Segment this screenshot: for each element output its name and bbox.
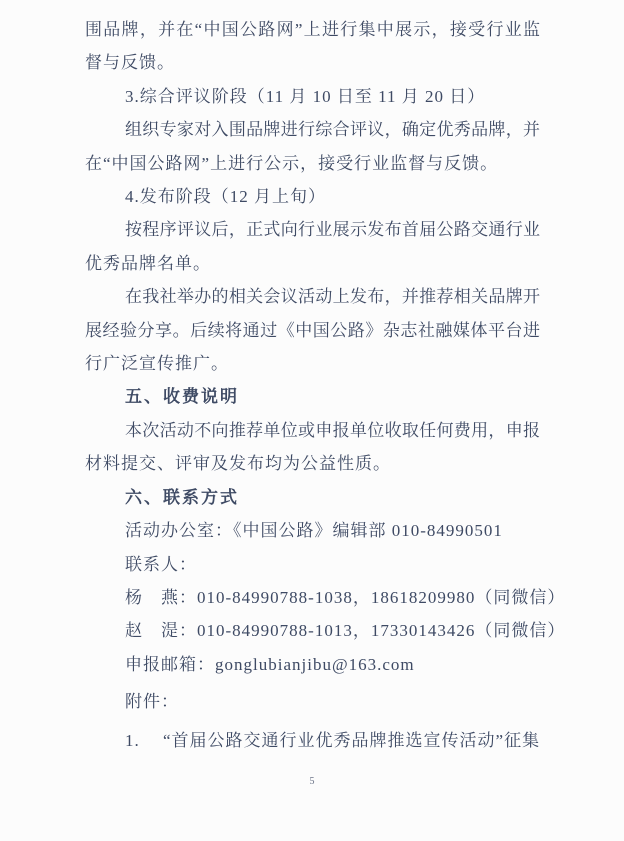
attachment-item-1: 1. “首届公路交通行业优秀品牌推选宣传活动”征集	[85, 724, 540, 757]
body-line: 围品牌，并在“中国公路网”上进行集中展示，接受行业监	[85, 13, 540, 46]
page-number: 5	[0, 776, 624, 787]
submission-email-line: 申报邮箱：gonglubianjibu@163.com	[85, 648, 540, 681]
section-heading-fees: 五、收费说明	[85, 380, 540, 413]
body-line: 展经验分享。后续将通过《中国公路》杂志社融媒体平台进	[85, 314, 540, 347]
contact-persons-label: 联系人：	[85, 548, 540, 581]
body-line: 本次活动不向推荐单位或申报单位收取任何费用，申报	[85, 414, 540, 447]
body-line: 材料提交、评审及发布均为公益性质。	[85, 447, 540, 480]
body-line: 在“中国公路网”上进行公示，接受行业监督与反馈。	[85, 147, 540, 180]
attachments-label: 附件：	[85, 685, 540, 718]
section-heading-contact: 六、联系方式	[85, 481, 540, 514]
body-line: 组织专家对入围品牌进行综合评议，确定优秀品牌，并	[85, 113, 540, 146]
document-body: 围品牌，并在“中国公路网”上进行集中展示，接受行业监 督与反馈。 3.综合评议阶…	[85, 13, 540, 757]
contact-yang-yan-line: 杨 燕：010-84990788-1038，18618209980（同微信）	[85, 581, 540, 614]
document-page: 围品牌，并在“中国公路网”上进行集中展示，接受行业监 督与反馈。 3.综合评议阶…	[0, 0, 624, 841]
body-line: 优秀品牌名单。	[85, 247, 540, 280]
contact-zhao-shi-line: 赵 湜：010-84990788-1013，17330143426（同微信）	[85, 614, 540, 647]
body-line: 督与反馈。	[85, 46, 540, 79]
body-line: 行广泛宣传推广。	[85, 347, 540, 380]
office-contact-line: 活动办公室：《中国公路》编辑部 010-84990501	[85, 514, 540, 547]
body-line: 在我社举办的相关会议活动上发布，并推荐相关品牌开	[85, 280, 540, 313]
stage4-heading-line: 4.发布阶段（12 月上旬）	[85, 180, 540, 213]
body-line: 按程序评议后，正式向行业展示发布首届公路交通行业	[85, 213, 540, 246]
stage3-heading-line: 3.综合评议阶段（11 月 10 日至 11 月 20 日）	[85, 80, 540, 113]
